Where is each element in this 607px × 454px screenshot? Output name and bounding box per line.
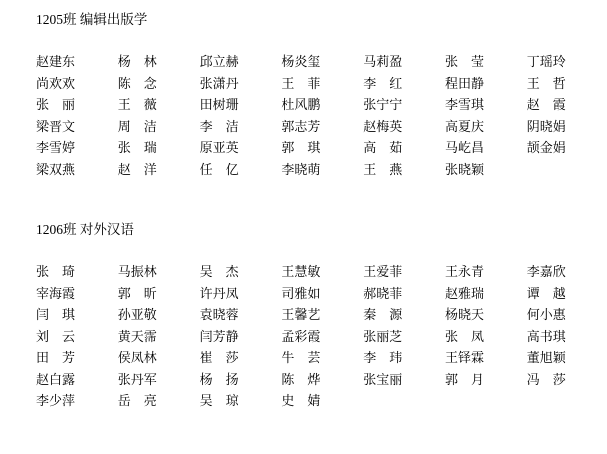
student-name: 邱立赫 bbox=[200, 54, 282, 70]
student-name: 吴 杰 bbox=[200, 264, 282, 280]
student-name: 王爱菲 bbox=[363, 264, 445, 280]
roster-row: 梁双燕赵 洋任 亿李晓萌王 燕张晓颖 bbox=[36, 162, 607, 184]
student-name: 周 洁 bbox=[118, 119, 200, 135]
student-name: 王馨艺 bbox=[281, 307, 363, 323]
student-name: 许丹凤 bbox=[200, 286, 282, 302]
student-name: 郭 琪 bbox=[281, 140, 363, 156]
student-name: 李 洁 bbox=[200, 119, 282, 135]
class-roster-document: 1205班 编辑出版学 赵建东杨 林邱立赫杨炎玺马莉盈张 莹丁瑶玲尚欢欢陈 念张… bbox=[0, 0, 607, 454]
roster-row: 尚欢欢陈 念张潇丹王 菲李 红程田静王 哲 bbox=[36, 76, 607, 98]
student-name: 郭 月 bbox=[445, 372, 527, 388]
student-name: 张 莹 bbox=[445, 54, 527, 70]
student-name: 王 燕 bbox=[363, 162, 445, 178]
student-name: 杨炎玺 bbox=[281, 54, 363, 70]
student-name: 高书琪 bbox=[527, 329, 607, 345]
roster-row: 田 芳侯凤林崔 莎牛 芸李 玮王铎霖董旭颖 bbox=[36, 350, 607, 372]
roster-row: 李少萍岳 亮吴 琼史 婧 bbox=[36, 393, 607, 415]
name-grid-1206: 张 琦马振林吴 杰王慧敏王爱菲王永青李嘉欣宰海霞郭 昕许丹凤司雅如郝晓菲赵雅瑞谭… bbox=[36, 264, 607, 415]
student-name: 何小惠 bbox=[527, 307, 607, 323]
student-name: 张 琦 bbox=[36, 264, 118, 280]
student-name: 丁瑶玲 bbox=[527, 54, 607, 70]
student-name: 董旭颖 bbox=[527, 350, 607, 366]
roster-row: 张 丽王 薇田树珊杜风鹏张宁宁李雪琪赵 霞 bbox=[36, 97, 607, 119]
student-name: 张丽芝 bbox=[363, 329, 445, 345]
student-name: 田 芳 bbox=[36, 350, 118, 366]
student-name: 李雪琪 bbox=[445, 97, 527, 113]
student-name: 马屹昌 bbox=[445, 140, 527, 156]
roster-row: 闫 琪孙亚敬袁晓蓉王馨艺秦 源杨晓天何小惠 bbox=[36, 307, 607, 329]
student-name: 张宁宁 bbox=[363, 97, 445, 113]
student-name: 冯 莎 bbox=[527, 372, 607, 388]
student-name: 王铎霖 bbox=[445, 350, 527, 366]
student-name: 王 菲 bbox=[281, 76, 363, 92]
student-name: 赵白露 bbox=[36, 372, 118, 388]
student-name: 闫芳静 bbox=[200, 329, 282, 345]
student-name: 阴晓娟 bbox=[527, 119, 607, 135]
student-name: 杨 林 bbox=[118, 54, 200, 70]
roster-row: 张 琦马振林吴 杰王慧敏王爱菲王永青李嘉欣 bbox=[36, 264, 607, 286]
student-name: 张晓颖 bbox=[445, 162, 527, 178]
student-name: 梁双燕 bbox=[36, 162, 118, 178]
student-name: 赵梅英 bbox=[363, 119, 445, 135]
student-name: 王慧敏 bbox=[281, 264, 363, 280]
student-name: 马莉盈 bbox=[363, 54, 445, 70]
student-name: 颉金娟 bbox=[527, 140, 607, 156]
student-name: 闫 琪 bbox=[36, 307, 118, 323]
student-name: 崔 莎 bbox=[200, 350, 282, 366]
student-name: 张 瑞 bbox=[118, 140, 200, 156]
student-name: 刘 云 bbox=[36, 329, 118, 345]
section-class-1206: 1206班 对外汉语 张 琦马振林吴 杰王慧敏王爱菲王永青李嘉欣宰海霞郭 昕许丹… bbox=[36, 222, 607, 415]
student-name: 郭 昕 bbox=[118, 286, 200, 302]
student-name: 陈 烨 bbox=[281, 372, 363, 388]
student-name: 秦 源 bbox=[363, 307, 445, 323]
student-name: 任 亿 bbox=[200, 162, 282, 178]
roster-row: 赵白露张丹军杨 扬陈 烨张宝丽郭 月冯 莎 bbox=[36, 372, 607, 394]
student-name: 郭志芳 bbox=[281, 119, 363, 135]
roster-row: 李雪婷张 瑞原亚英郭 琪高 茹马屹昌颉金娟 bbox=[36, 140, 607, 162]
student-name: 孙亚敬 bbox=[118, 307, 200, 323]
student-name: 张潇丹 bbox=[200, 76, 282, 92]
student-name: 陈 念 bbox=[118, 76, 200, 92]
roster-row: 梁晋文周 洁李 洁郭志芳赵梅英高夏庆阴晓娟 bbox=[36, 119, 607, 141]
student-name: 张 凤 bbox=[445, 329, 527, 345]
student-name: 郝晓菲 bbox=[363, 286, 445, 302]
student-name: 孟彩霞 bbox=[281, 329, 363, 345]
student-name: 张 丽 bbox=[36, 97, 118, 113]
student-name: 李 玮 bbox=[363, 350, 445, 366]
student-name: 黄天霈 bbox=[118, 329, 200, 345]
section-title-1205: 1205班 编辑出版学 bbox=[36, 12, 607, 27]
student-name: 吴 琼 bbox=[200, 393, 282, 409]
student-name: 李晓萌 bbox=[281, 162, 363, 178]
student-name: 宰海霞 bbox=[36, 286, 118, 302]
student-name: 尚欢欢 bbox=[36, 76, 118, 92]
student-name: 司雅如 bbox=[281, 286, 363, 302]
student-name: 杜风鹏 bbox=[281, 97, 363, 113]
student-name: 史 婧 bbox=[281, 393, 363, 409]
student-name: 王永青 bbox=[445, 264, 527, 280]
student-name: 原亚英 bbox=[200, 140, 282, 156]
student-name: 赵建东 bbox=[36, 54, 118, 70]
name-grid-1205: 赵建东杨 林邱立赫杨炎玺马莉盈张 莹丁瑶玲尚欢欢陈 念张潇丹王 菲李 红程田静王… bbox=[36, 54, 607, 183]
student-name: 杨 扬 bbox=[200, 372, 282, 388]
student-name: 赵 霞 bbox=[527, 97, 607, 113]
student-name: 杨晓天 bbox=[445, 307, 527, 323]
student-name: 高 茹 bbox=[363, 140, 445, 156]
student-name: 李雪婷 bbox=[36, 140, 118, 156]
student-name: 王 哲 bbox=[527, 76, 607, 92]
student-name: 高夏庆 bbox=[445, 119, 527, 135]
student-name: 李少萍 bbox=[36, 393, 118, 409]
student-name: 田树珊 bbox=[200, 97, 282, 113]
section-class-1205: 1205班 编辑出版学 赵建东杨 林邱立赫杨炎玺马莉盈张 莹丁瑶玲尚欢欢陈 念张… bbox=[36, 12, 607, 183]
student-name: 马振林 bbox=[118, 264, 200, 280]
student-name: 谭 越 bbox=[527, 286, 607, 302]
student-name: 赵 洋 bbox=[118, 162, 200, 178]
student-name: 张丹军 bbox=[118, 372, 200, 388]
student-name: 李 红 bbox=[363, 76, 445, 92]
student-name: 岳 亮 bbox=[118, 393, 200, 409]
student-name: 王 薇 bbox=[118, 97, 200, 113]
student-name: 李嘉欣 bbox=[527, 264, 607, 280]
student-name: 袁晓蓉 bbox=[200, 307, 282, 323]
section-title-1206: 1206班 对外汉语 bbox=[36, 222, 607, 237]
student-name: 张宝丽 bbox=[363, 372, 445, 388]
student-name: 牛 芸 bbox=[281, 350, 363, 366]
student-name: 梁晋文 bbox=[36, 119, 118, 135]
roster-row: 赵建东杨 林邱立赫杨炎玺马莉盈张 莹丁瑶玲 bbox=[36, 54, 607, 76]
student-name: 侯凤林 bbox=[118, 350, 200, 366]
roster-row: 宰海霞郭 昕许丹凤司雅如郝晓菲赵雅瑞谭 越 bbox=[36, 286, 607, 308]
student-name: 赵雅瑞 bbox=[445, 286, 527, 302]
roster-row: 刘 云黄天霈闫芳静孟彩霞张丽芝张 凤高书琪 bbox=[36, 329, 607, 351]
student-name: 程田静 bbox=[445, 76, 527, 92]
